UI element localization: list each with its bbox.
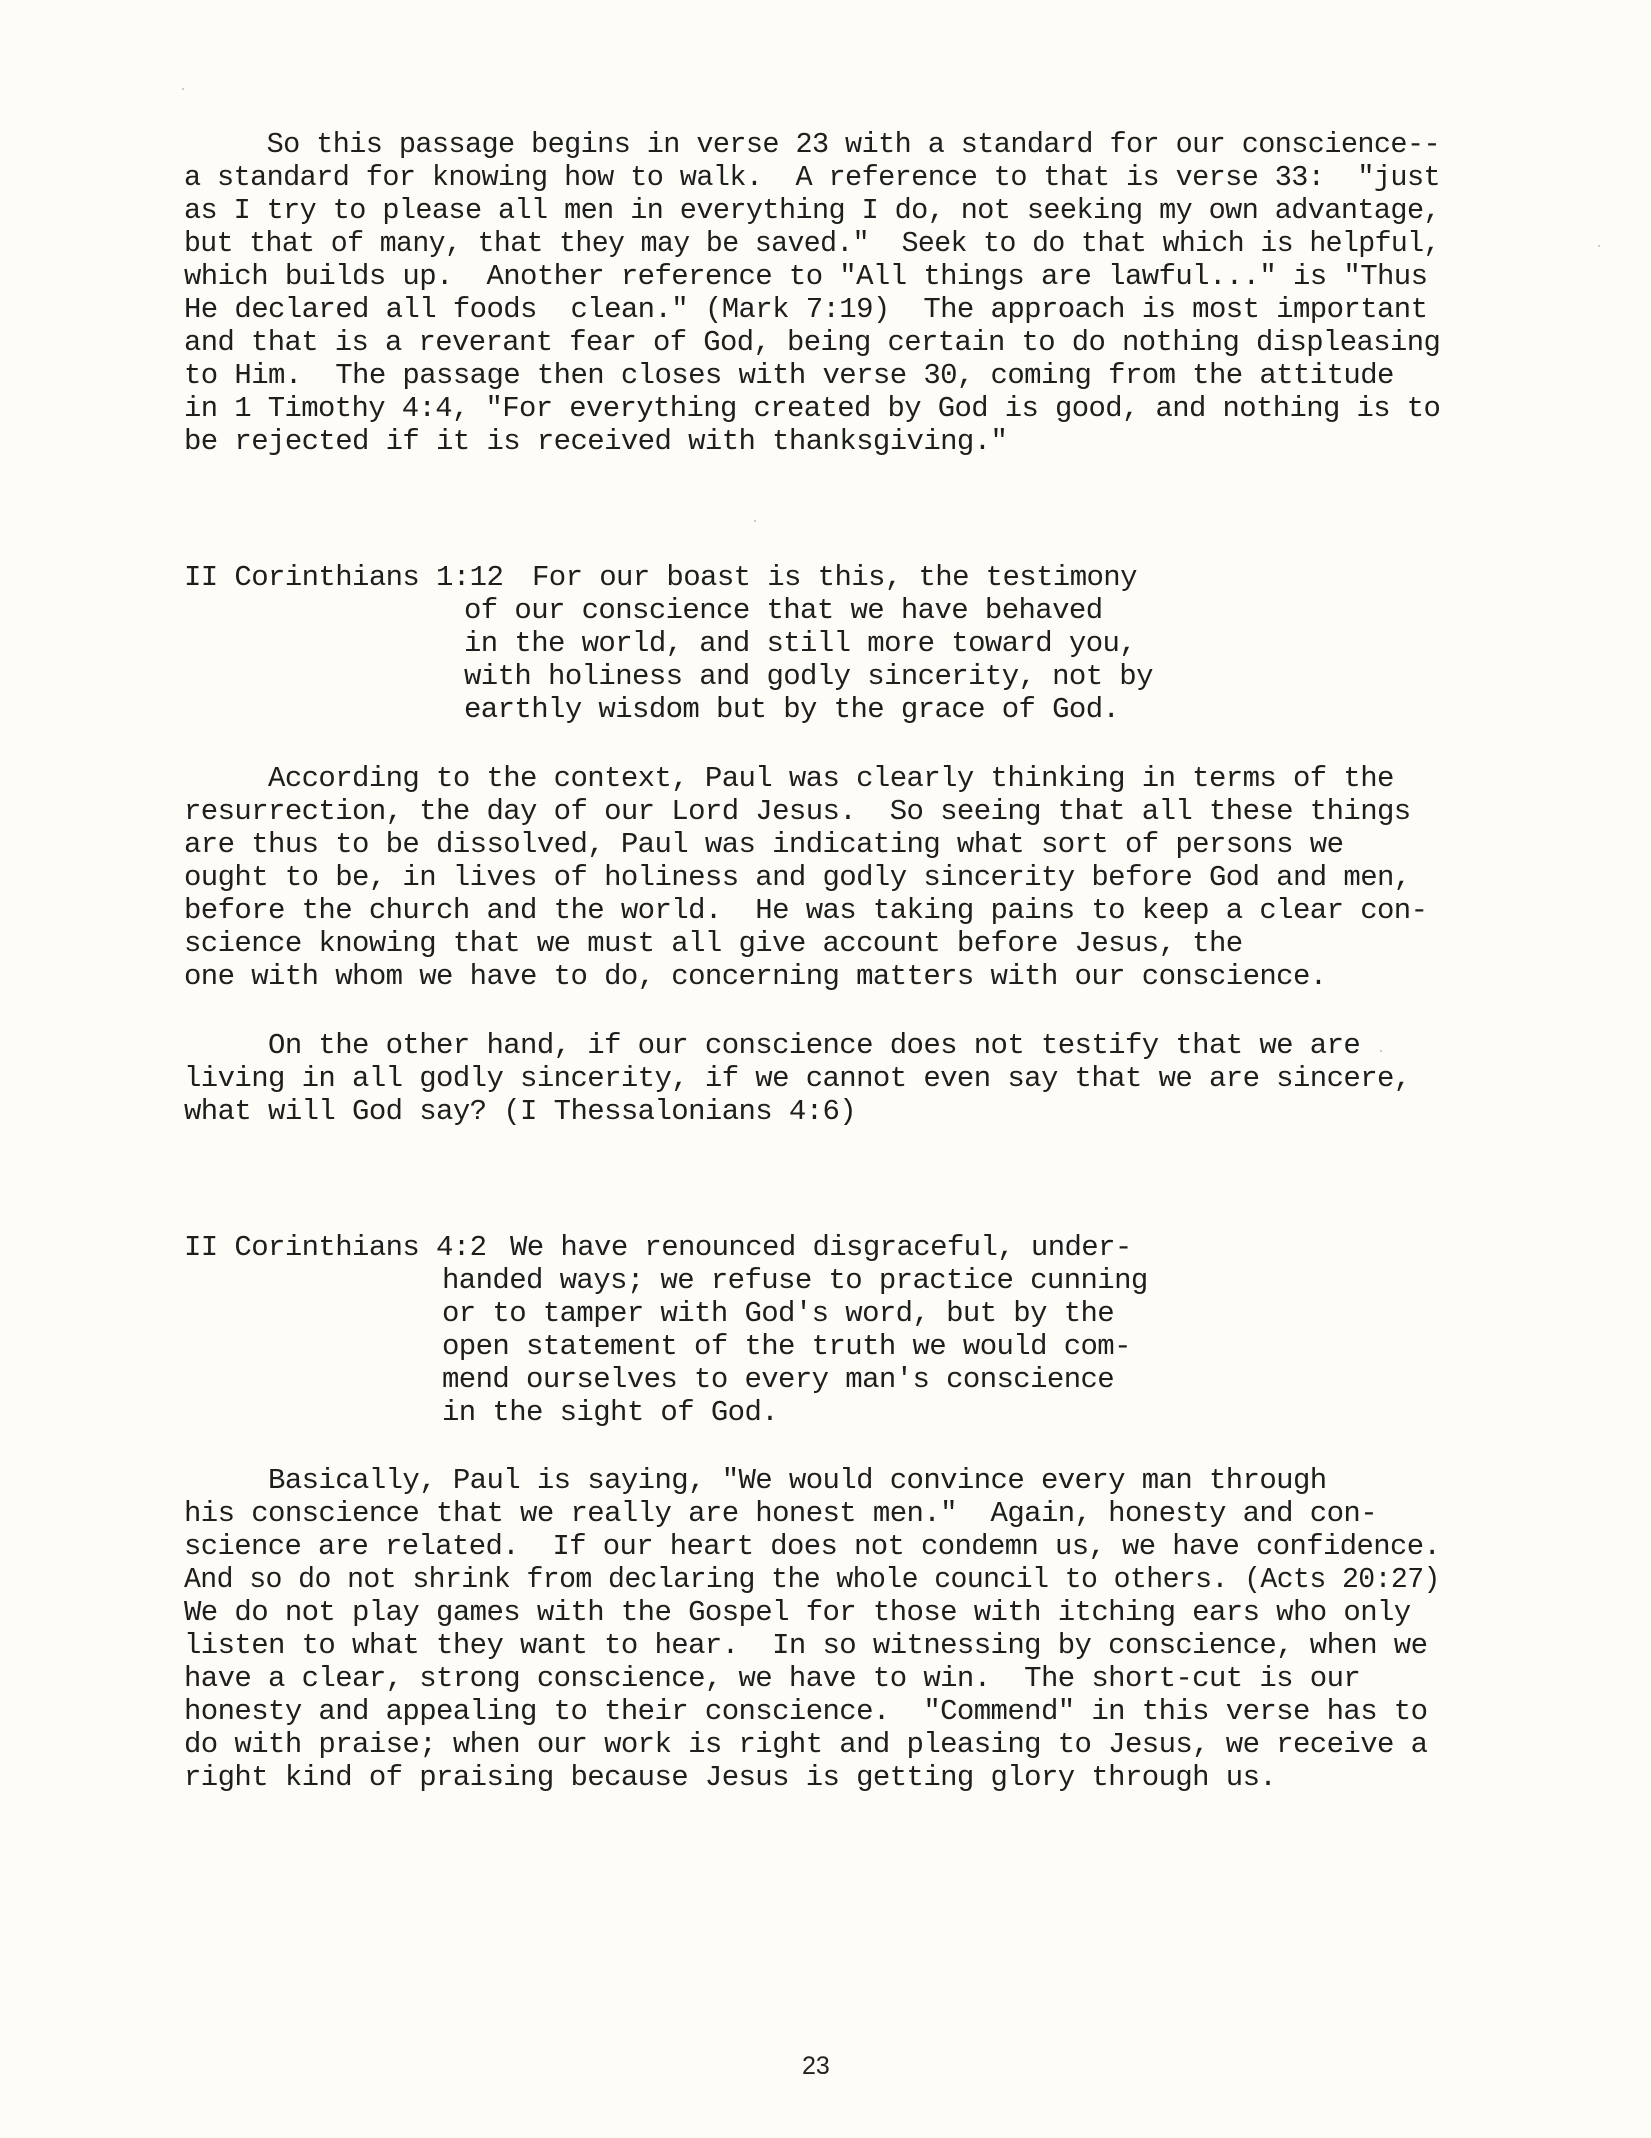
text-line: honesty and appealing to their conscienc… <box>184 1695 1427 1728</box>
scripture-line: For our boast is this, the testimony <box>532 561 1137 594</box>
scripture-line: or to tamper with God's word, but by the <box>442 1297 1114 1330</box>
scan-speck <box>1598 245 1600 247</box>
scripture-reference: II Corinthians 4:2 <box>184 1231 486 1264</box>
scripture-line: open statement of the truth we would com… <box>442 1330 1131 1363</box>
scripture-line: of our conscience that we have behaved <box>464 594 1103 627</box>
text-line: living in all godly sincerity, if we can… <box>184 1062 1411 1095</box>
scan-speck <box>182 88 184 90</box>
text-line: to Him. The passage then closes with ver… <box>184 359 1394 392</box>
scripture-line: in the world, and still more toward you, <box>464 627 1136 660</box>
text-line: So this passage begins in verse 23 with … <box>184 128 1440 161</box>
scripture-line: earthly wisdom but by the grace of God. <box>464 693 1119 726</box>
scripture-line: We have renounced disgraceful, under- <box>510 1231 1132 1264</box>
scripture-reference: II Corinthians 1:12 <box>184 561 503 594</box>
scan-speck <box>1380 1050 1382 1052</box>
scripture-line: handed ways; we refuse to practice cunni… <box>442 1264 1148 1297</box>
text-line: listen to what they want to hear. In so … <box>184 1629 1427 1662</box>
text-line: are thus to be dissolved, Paul was indic… <box>184 828 1343 861</box>
text-line: which builds up. Another reference to "A… <box>184 260 1427 293</box>
page-number: 23 <box>802 2052 830 2081</box>
text-line: He declared all foods clean." (Mark 7:19… <box>184 293 1427 326</box>
text-line: We do not play games with the Gospel for… <box>184 1596 1411 1629</box>
text-line: and that is a reverant fear of God, bein… <box>184 326 1440 359</box>
text-line: science knowing that we must all give ac… <box>184 927 1243 960</box>
scripture-line: in the sight of God. <box>442 1396 778 1429</box>
text-line: his conscience that we really are honest… <box>184 1497 1377 1530</box>
text-line: but that of many, that they may be saved… <box>184 227 1440 260</box>
text-line: resurrection, the day of our Lord Jesus.… <box>184 795 1411 828</box>
text-line: as I try to please all men in everything… <box>184 194 1440 227</box>
text-line: right kind of praising because Jesus is … <box>184 1761 1276 1794</box>
text-line: And so do not shrink from declaring the … <box>184 1563 1440 1596</box>
text-line: what will God say? (I Thessalonians 4:6) <box>184 1095 856 1128</box>
text-line: in 1 Timothy 4:4, "For everything create… <box>184 392 1440 425</box>
text-line: Basically, Paul is saying, "We would con… <box>184 1464 1327 1497</box>
text-line: do with praise; when our work is right a… <box>184 1728 1427 1761</box>
text-line: On the other hand, if our conscience doe… <box>184 1029 1360 1062</box>
text-line: science are related. If our heart does n… <box>184 1530 1440 1563</box>
document-page: So this passage begins in verse 23 with … <box>0 0 1651 2138</box>
text-line: before the church and the world. He was … <box>184 894 1427 927</box>
text-line: ought to be, in lives of holiness and go… <box>184 861 1411 894</box>
text-line: be rejected if it is received with thank… <box>184 425 1007 458</box>
scripture-line: mend ourselves to every man's conscience <box>442 1363 1114 1396</box>
text-line: According to the context, Paul was clear… <box>184 762 1394 795</box>
text-line: one with whom we have to do, concerning … <box>184 960 1327 993</box>
scan-speck <box>754 520 756 522</box>
scripture-line: with holiness and godly sincerity, not b… <box>464 660 1153 693</box>
text-line: have a clear, strong conscience, we have… <box>184 1662 1360 1695</box>
text-line: a standard for knowing how to walk. A re… <box>184 161 1440 194</box>
